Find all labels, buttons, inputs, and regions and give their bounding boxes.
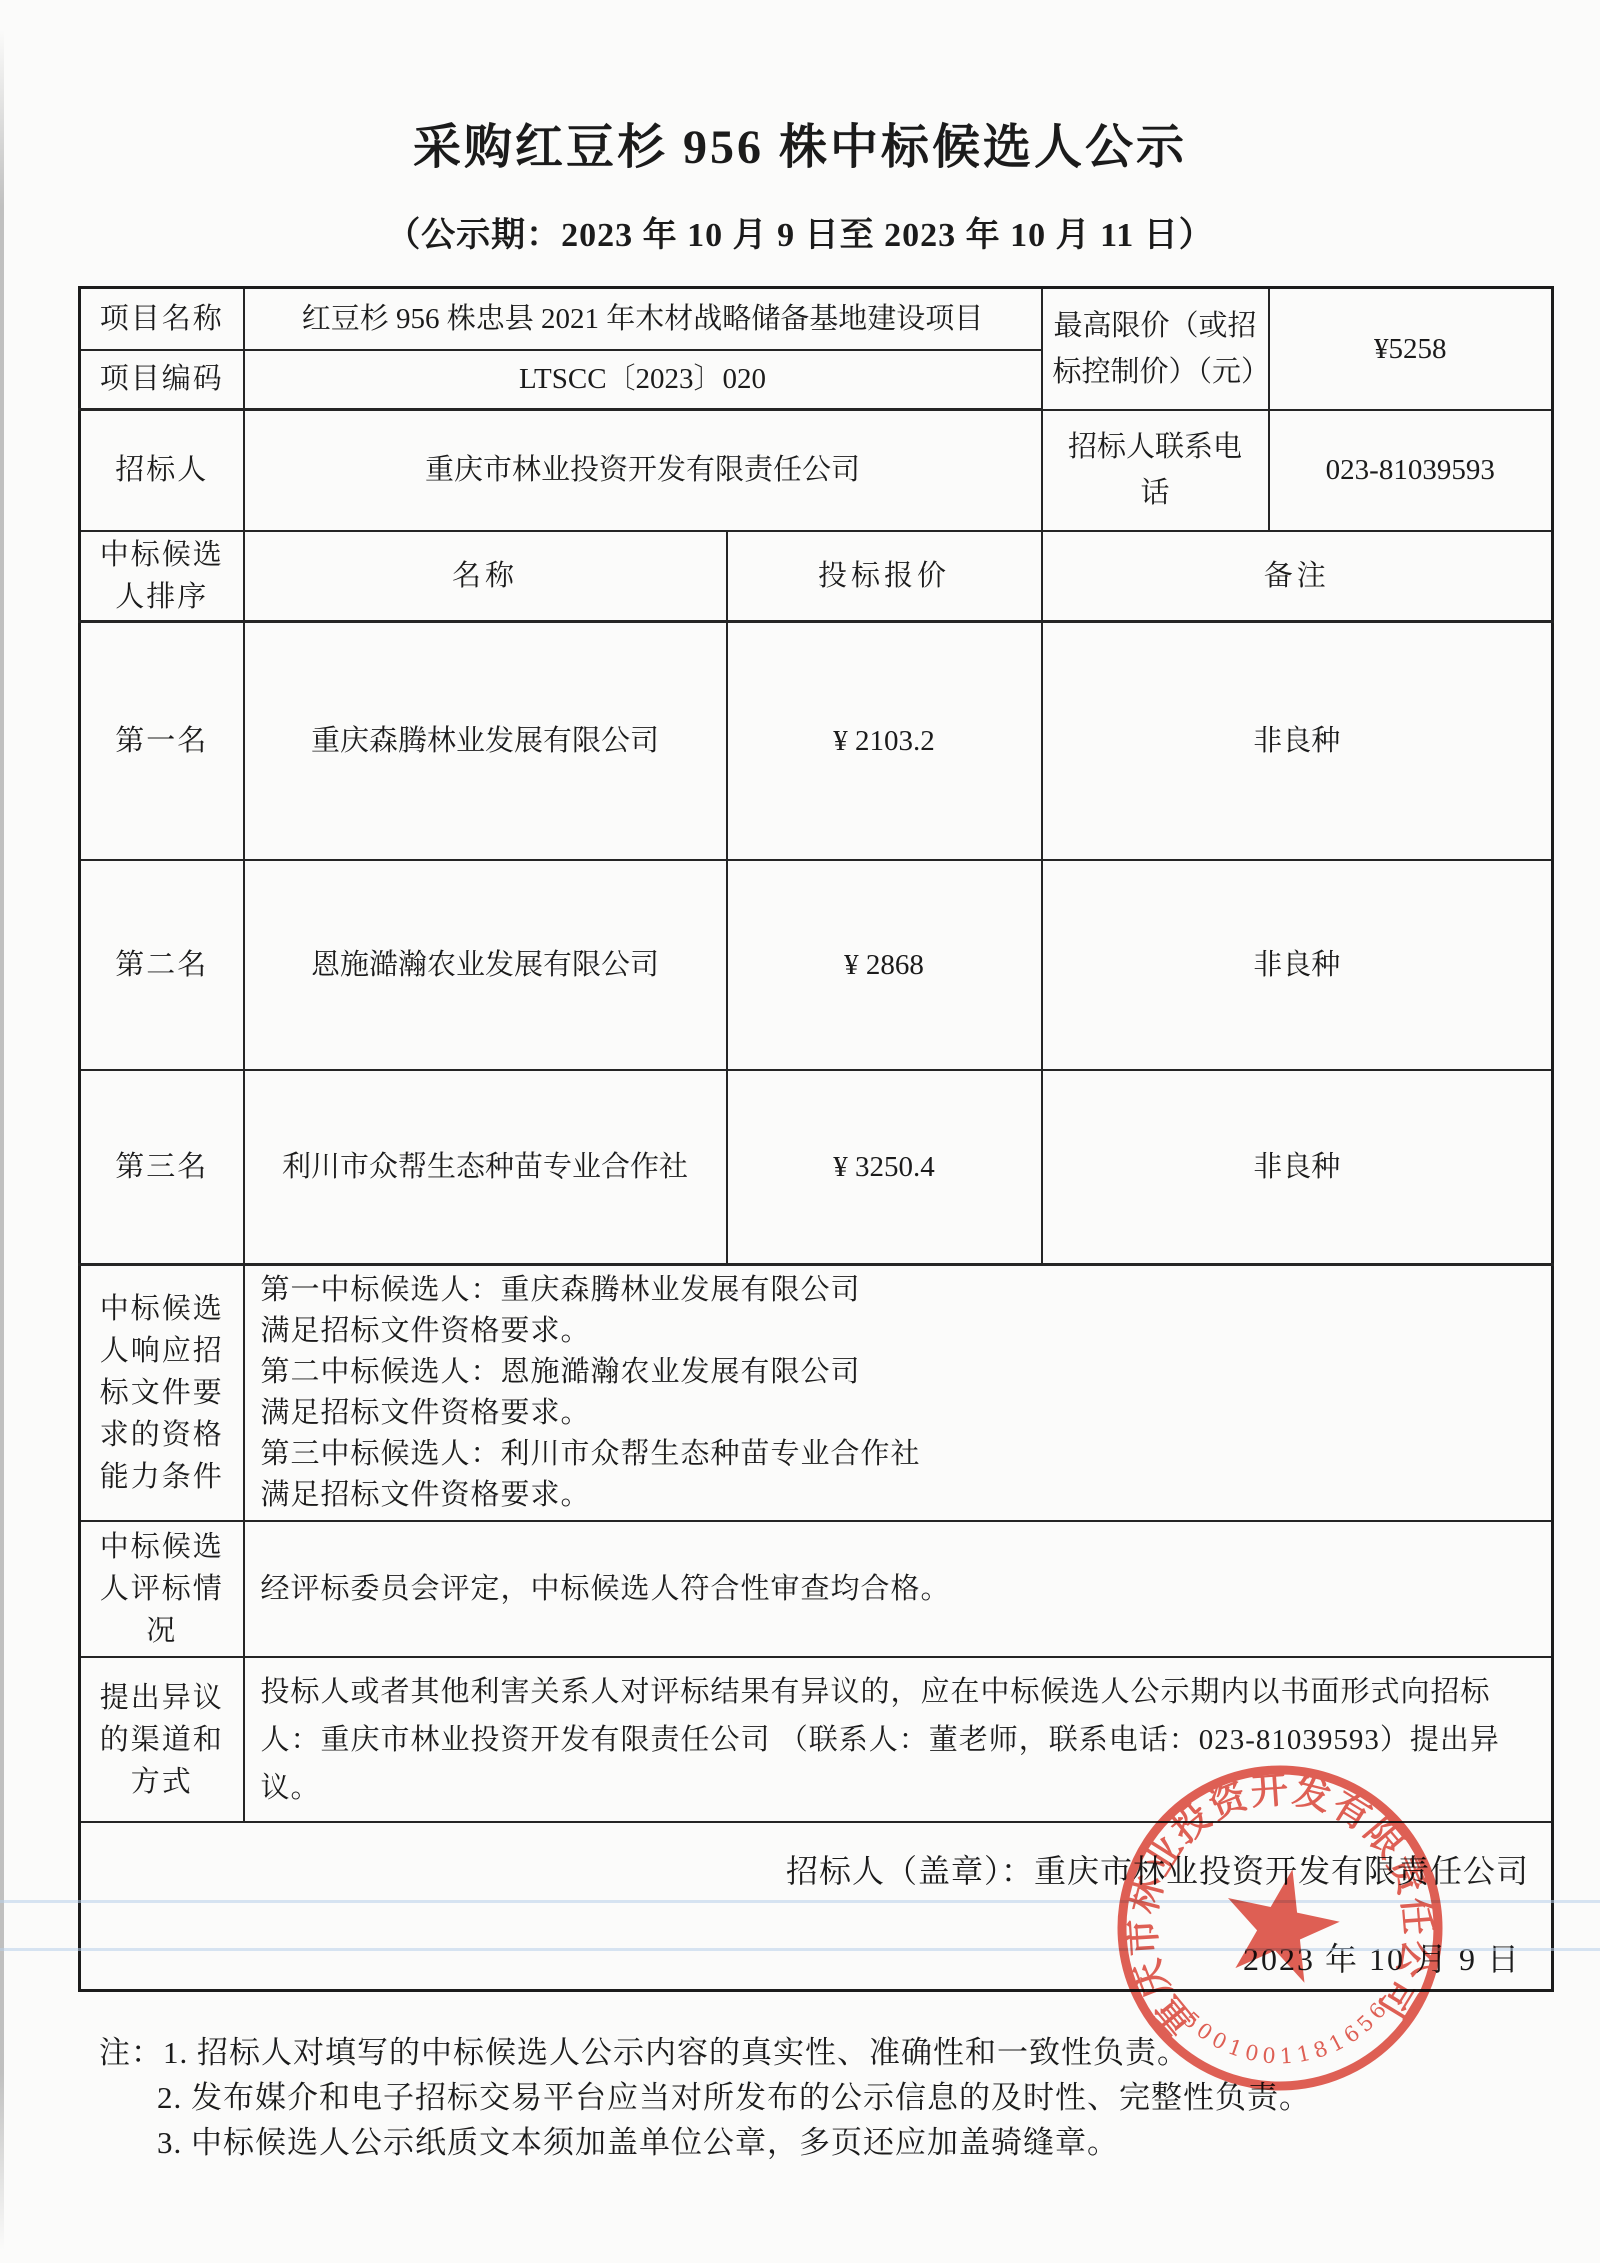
evaluation-content: 经评标委员会评定，中标候选人符合性审查均合格。 (244, 1521, 1553, 1657)
candidate-remark: 非良种 (1042, 622, 1553, 860)
qualification-label: 中标候选人响应招标文件要求的资格能力条件 (80, 1265, 244, 1522)
candidate-name: 重庆森腾林业发展有限公司 (244, 622, 727, 860)
objection-content: 投标人或者其他利害关系人对评标结果有异议的，应在中标候选人公示期内以书面形式向招… (244, 1657, 1553, 1822)
candidate-rank: 第三名 (80, 1070, 244, 1265)
tenderer-label: 招标人 (80, 410, 244, 531)
candidate-remark-header: 备注 (1042, 531, 1553, 622)
max-price-label: 最高限价（或招标控制价）（元） (1042, 288, 1269, 410)
publicity-period-subtitle: （公示期：2023 年 10 月 9 日至 2023 年 10 月 11 日） (0, 214, 1600, 258)
scanned-document-page: 采购红豆杉 956 株中标候选人公示 （公示期：2023 年 10 月 9 日至… (0, 0, 1600, 2263)
bid-announcement-table: 项目名称 红豆杉 956 株忠县 2021 年木材战略储备基地建设项目 最高限价… (78, 286, 1554, 1992)
candidate-row-1: 第一名 重庆森腾林业发展有限公司 ¥ 2103.2 非良种 (80, 622, 1553, 860)
tenderer-phone-value: 023-81039593 (1269, 410, 1553, 531)
candidate-bid-price: ¥ 3250.4 (727, 1070, 1042, 1265)
candidate-name: 恩施澔瀚农业发展有限公司 (244, 860, 727, 1070)
candidate-name-header: 名称 (244, 531, 727, 622)
candidate-bid-price: ¥ 2868 (727, 860, 1042, 1070)
footnotes: 注： 1. 招标人对填写的中标候选人公示内容的真实性、准确性和一致性负责。 2.… (99, 2030, 1600, 2165)
candidate-rank: 第一名 (80, 622, 244, 860)
scan-artifact-line (0, 1900, 1600, 1903)
qualification-line: 满足招标文件资格要求。 (261, 1311, 1536, 1352)
candidates-header-row: 中标候选人排序 名称 投标报价 备注 (80, 531, 1553, 622)
qualification-content: 第一中标候选人：重庆森腾林业发展有限公司 满足招标文件资格要求。 第二中标候选人… (244, 1265, 1553, 1522)
qualification-line: 第一中标候选人：重庆森腾林业发展有限公司 (261, 1270, 1536, 1311)
tenderer-seal-line: 招标人（盖章）：重庆市林业投资开发有限责任公司 (81, 1823, 1551, 1891)
footnote-item: 3. 中标候选人公示纸质文本须加盖单位公章，多页还应加盖骑缝章。 (157, 2120, 1600, 2165)
qualification-line: 第二中标候选人：恩施澔瀚农业发展有限公司 (261, 1352, 1536, 1393)
footnote-prefix: 注： (99, 2030, 163, 2075)
qualification-line: 满足招标文件资格要求。 (261, 1393, 1536, 1434)
evaluation-label: 中标候选人评标情况 (80, 1521, 244, 1657)
signature-date: 2023 年 10 月 9 日 (81, 1891, 1551, 1979)
candidate-rank-header: 中标候选人排序 (80, 531, 244, 622)
qualification-line: 第三中标候选人：利川市众帮生态种苗专业合作社 (261, 1434, 1536, 1475)
candidate-remark: 非良种 (1042, 1070, 1553, 1265)
evaluation-row: 中标候选人评标情况 经评标委员会评定，中标候选人符合性审查均合格。 (80, 1521, 1553, 1657)
tenderer-phone-label: 招标人联系电话 (1042, 410, 1269, 531)
scan-artifact-line (0, 1948, 1600, 1951)
signature-row: 招标人（盖章）：重庆市林业投资开发有限责任公司 2023 年 10 月 9 日 (80, 1822, 1553, 1990)
project-name-label: 项目名称 (80, 288, 244, 350)
qualification-line: 满足招标文件资格要求。 (261, 1475, 1536, 1516)
candidate-bid-price: ¥ 2103.2 (727, 622, 1042, 860)
qualification-row: 中标候选人响应招标文件要求的资格能力条件 第一中标候选人：重庆森腾林业发展有限公… (80, 1265, 1553, 1522)
page-title: 采购红豆杉 956 株中标候选人公示 (0, 118, 1600, 178)
candidate-row-2: 第二名 恩施澔瀚农业发展有限公司 ¥ 2868 非良种 (80, 860, 1553, 1070)
project-name-value: 红豆杉 956 株忠县 2021 年木材战略储备基地建设项目 (244, 288, 1042, 350)
tenderer-value: 重庆市林业投资开发有限责任公司 (244, 410, 1042, 531)
candidate-rank: 第二名 (80, 860, 244, 1070)
project-code-value: LTSCC〔2023〕020 (244, 350, 1042, 410)
scan-page-edge (0, 30, 4, 2250)
project-code-label: 项目编码 (80, 350, 244, 410)
candidate-name: 利川市众帮生态种苗专业合作社 (244, 1070, 727, 1265)
max-price-value: ¥5258 (1269, 288, 1553, 410)
objection-row: 提出异议的渠道和方式 投标人或者其他利害关系人对评标结果有异议的，应在中标候选人… (80, 1657, 1553, 1822)
objection-label: 提出异议的渠道和方式 (80, 1657, 244, 1822)
footnote-item: 2. 发布媒介和电子招标交易平台应当对所发布的公示信息的及时性、完整性负责。 (157, 2075, 1600, 2120)
signature-cell: 招标人（盖章）：重庆市林业投资开发有限责任公司 2023 年 10 月 9 日 (80, 1822, 1553, 1990)
tenderer-row: 招标人 重庆市林业投资开发有限责任公司 招标人联系电话 023-81039593 (80, 410, 1553, 531)
candidate-remark: 非良种 (1042, 860, 1553, 1070)
footnote-item: 1. 招标人对填写的中标候选人公示内容的真实性、准确性和一致性负责。 (163, 2030, 1189, 2075)
candidate-row-3: 第三名 利川市众帮生态种苗专业合作社 ¥ 3250.4 非良种 (80, 1070, 1553, 1265)
candidate-price-header: 投标报价 (727, 531, 1042, 622)
project-name-row: 项目名称 红豆杉 956 株忠县 2021 年木材战略储备基地建设项目 最高限价… (80, 288, 1553, 350)
